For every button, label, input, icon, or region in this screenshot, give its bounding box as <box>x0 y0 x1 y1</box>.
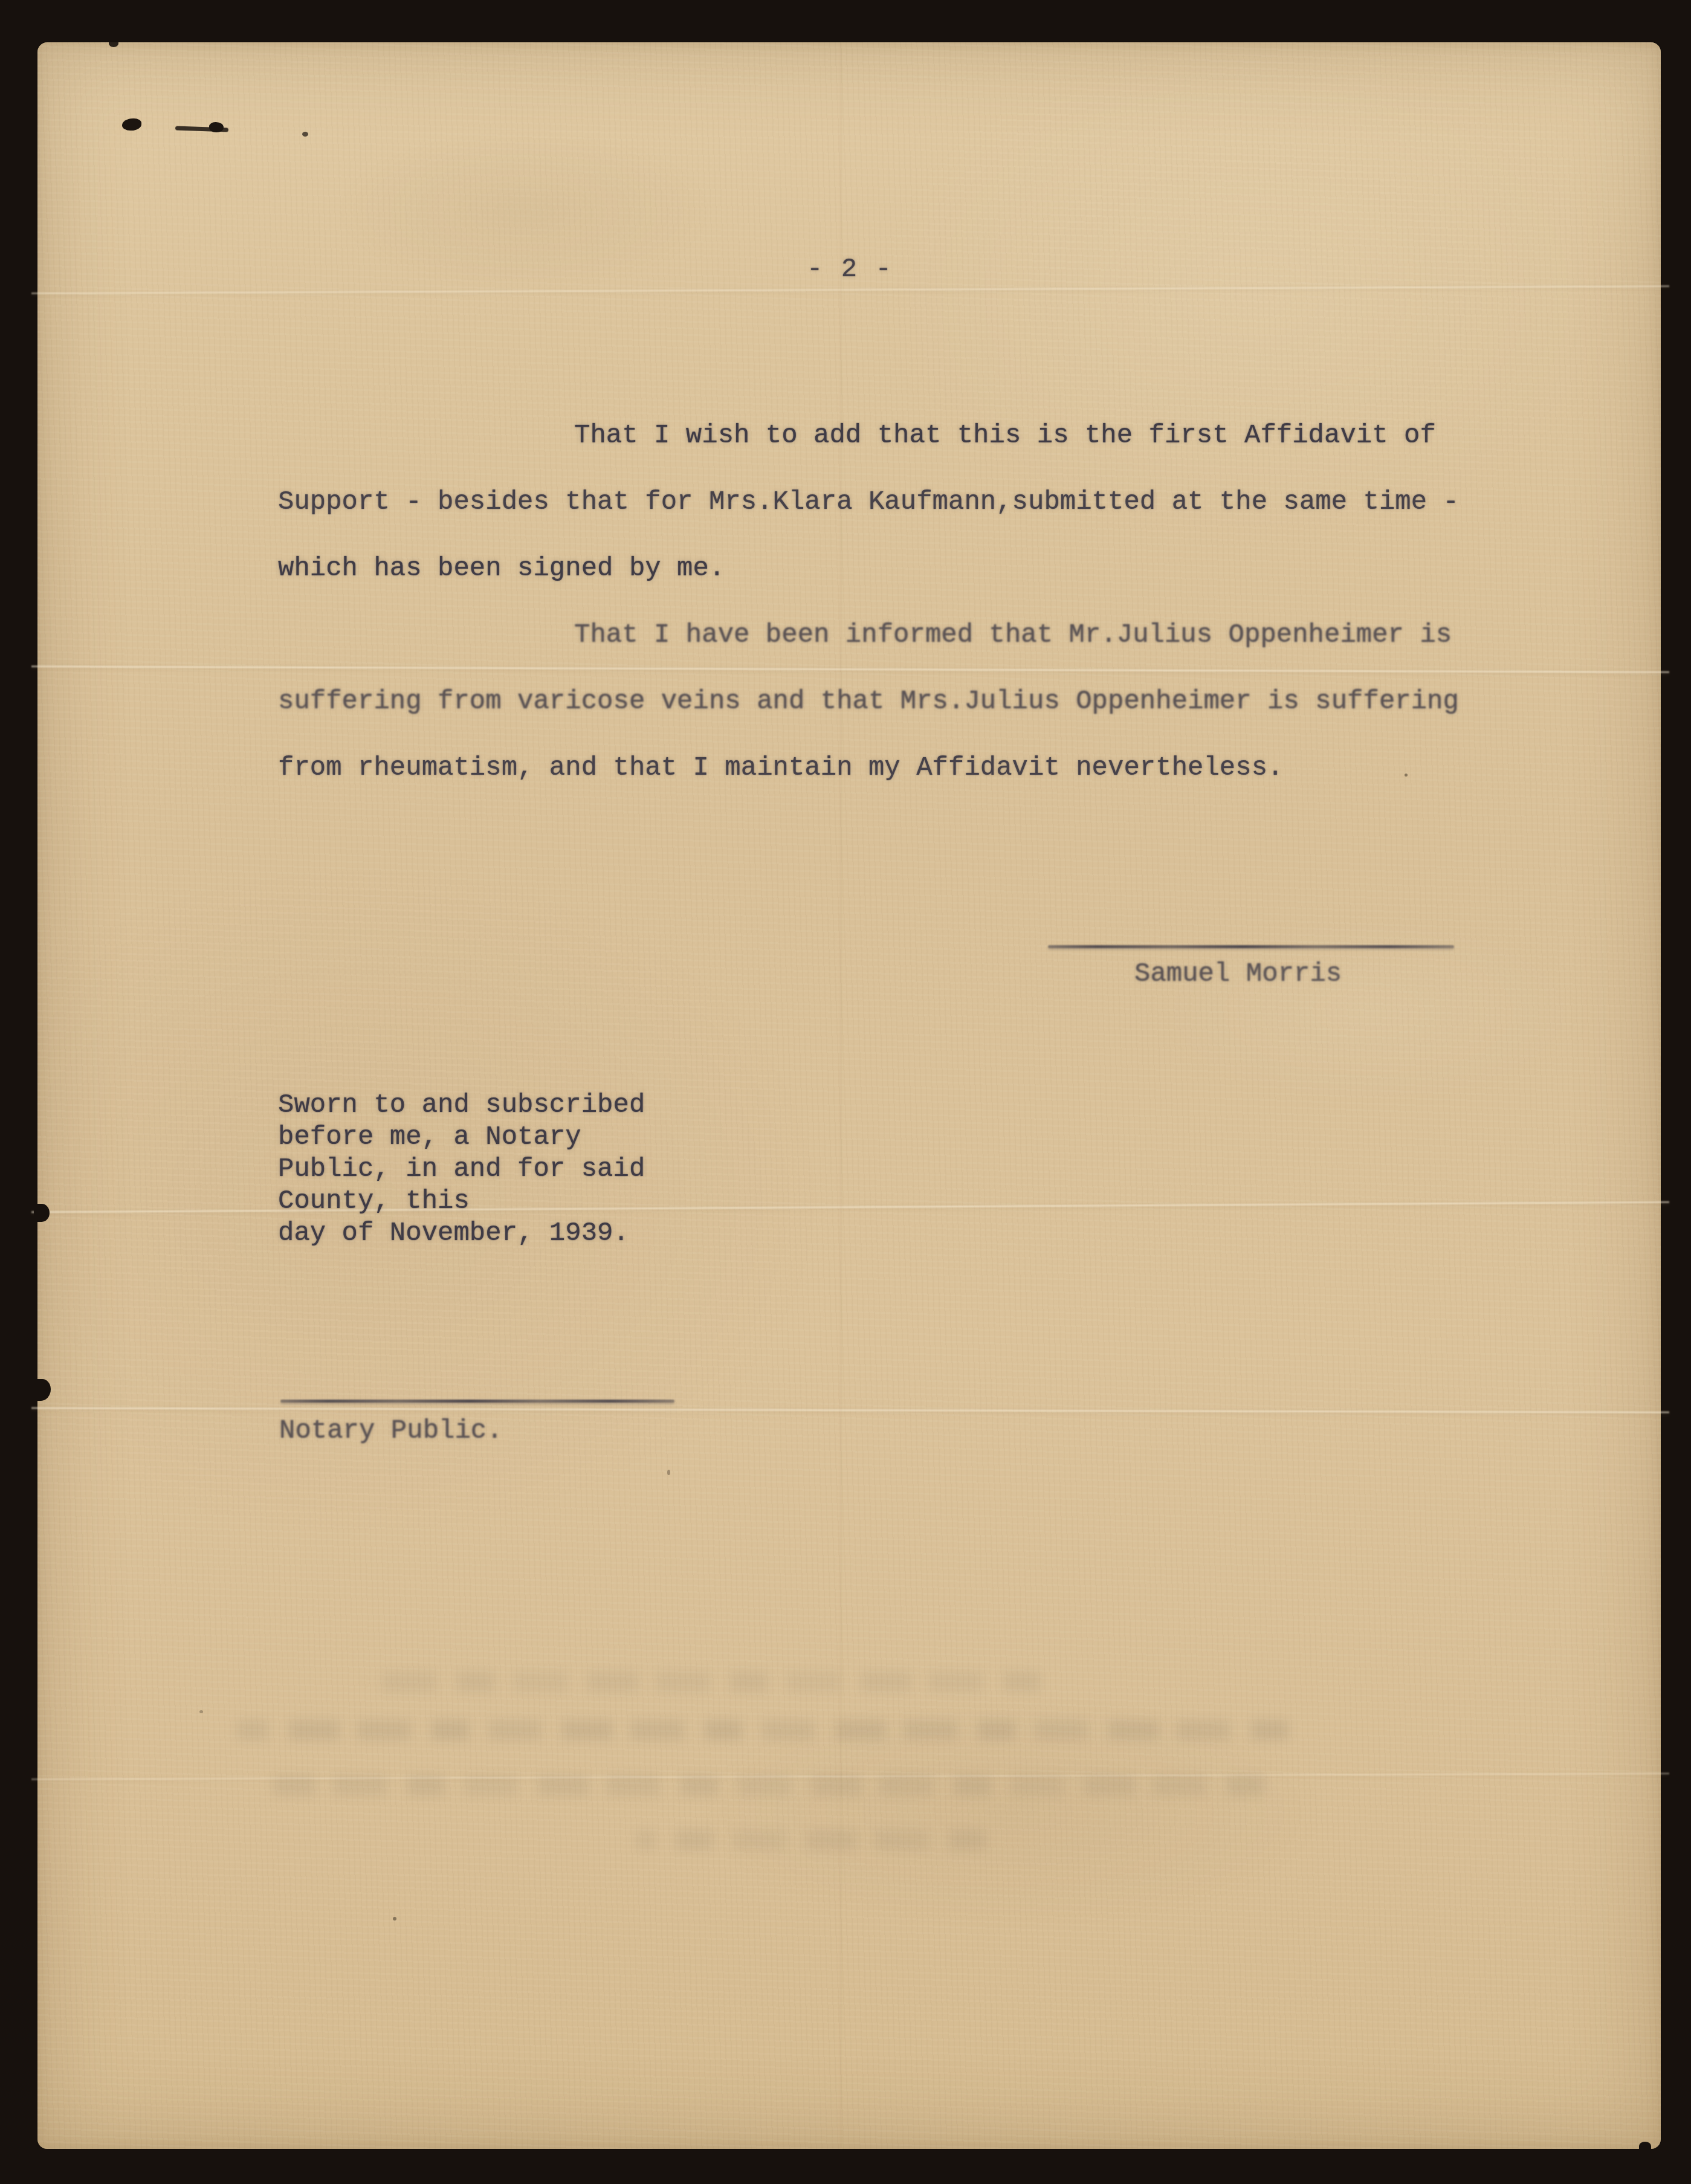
paper-hole <box>122 118 141 131</box>
paper-speck <box>667 1470 670 1475</box>
typed-line: from rheumatism, and that I maintain my … <box>278 752 1283 784</box>
notary-line: County, this <box>278 1186 470 1217</box>
notary-line: before me, a Notary <box>278 1122 581 1153</box>
bleed-through-text <box>364 1672 1041 1692</box>
signature-name: Samuel Morris <box>1134 958 1342 990</box>
fold-crease <box>31 1407 1669 1413</box>
notary-line: Public, in and for said <box>278 1154 645 1185</box>
notary-label: Notary Public. <box>279 1415 503 1447</box>
bleed-through-text <box>636 1830 986 1850</box>
signature-rule <box>1048 945 1454 948</box>
paper-speck <box>1405 774 1408 777</box>
fold-crease <box>31 1201 1669 1213</box>
notary-rule <box>280 1400 674 1403</box>
paper-speck <box>199 1710 203 1713</box>
page-number: - 2 - <box>807 254 893 285</box>
notary-line: day of November, 1939. <box>278 1218 629 1249</box>
paper-speck <box>393 1917 396 1921</box>
bleed-through-text <box>273 1775 1264 1796</box>
paper-hole <box>302 132 308 137</box>
typed-line: Support - besides that for Mrs.Klara Kau… <box>278 486 1459 518</box>
edge-nick <box>109 40 118 47</box>
typed-line: That I have been informed that Mr.Julius… <box>574 619 1452 651</box>
typed-line: suffering from varicose veins and that M… <box>278 686 1459 717</box>
edge-nick <box>1639 2142 1651 2150</box>
fold-crease <box>31 285 1669 294</box>
edge-nick <box>33 1379 51 1401</box>
notary-line: Sworn to and subscribed <box>278 1090 645 1121</box>
typed-line: That I wish to add that this is the firs… <box>574 420 1436 451</box>
document-page: - 2 - That I wish to add that this is th… <box>37 42 1661 2149</box>
edge-nick <box>34 1204 50 1222</box>
paper-hole <box>209 122 224 132</box>
typed-line: which has been signed by me. <box>278 553 725 584</box>
bleed-through-text <box>237 1720 1288 1740</box>
scan-background: - 2 - That I wish to add that this is th… <box>0 0 1691 2184</box>
fold-crease <box>31 665 1669 673</box>
